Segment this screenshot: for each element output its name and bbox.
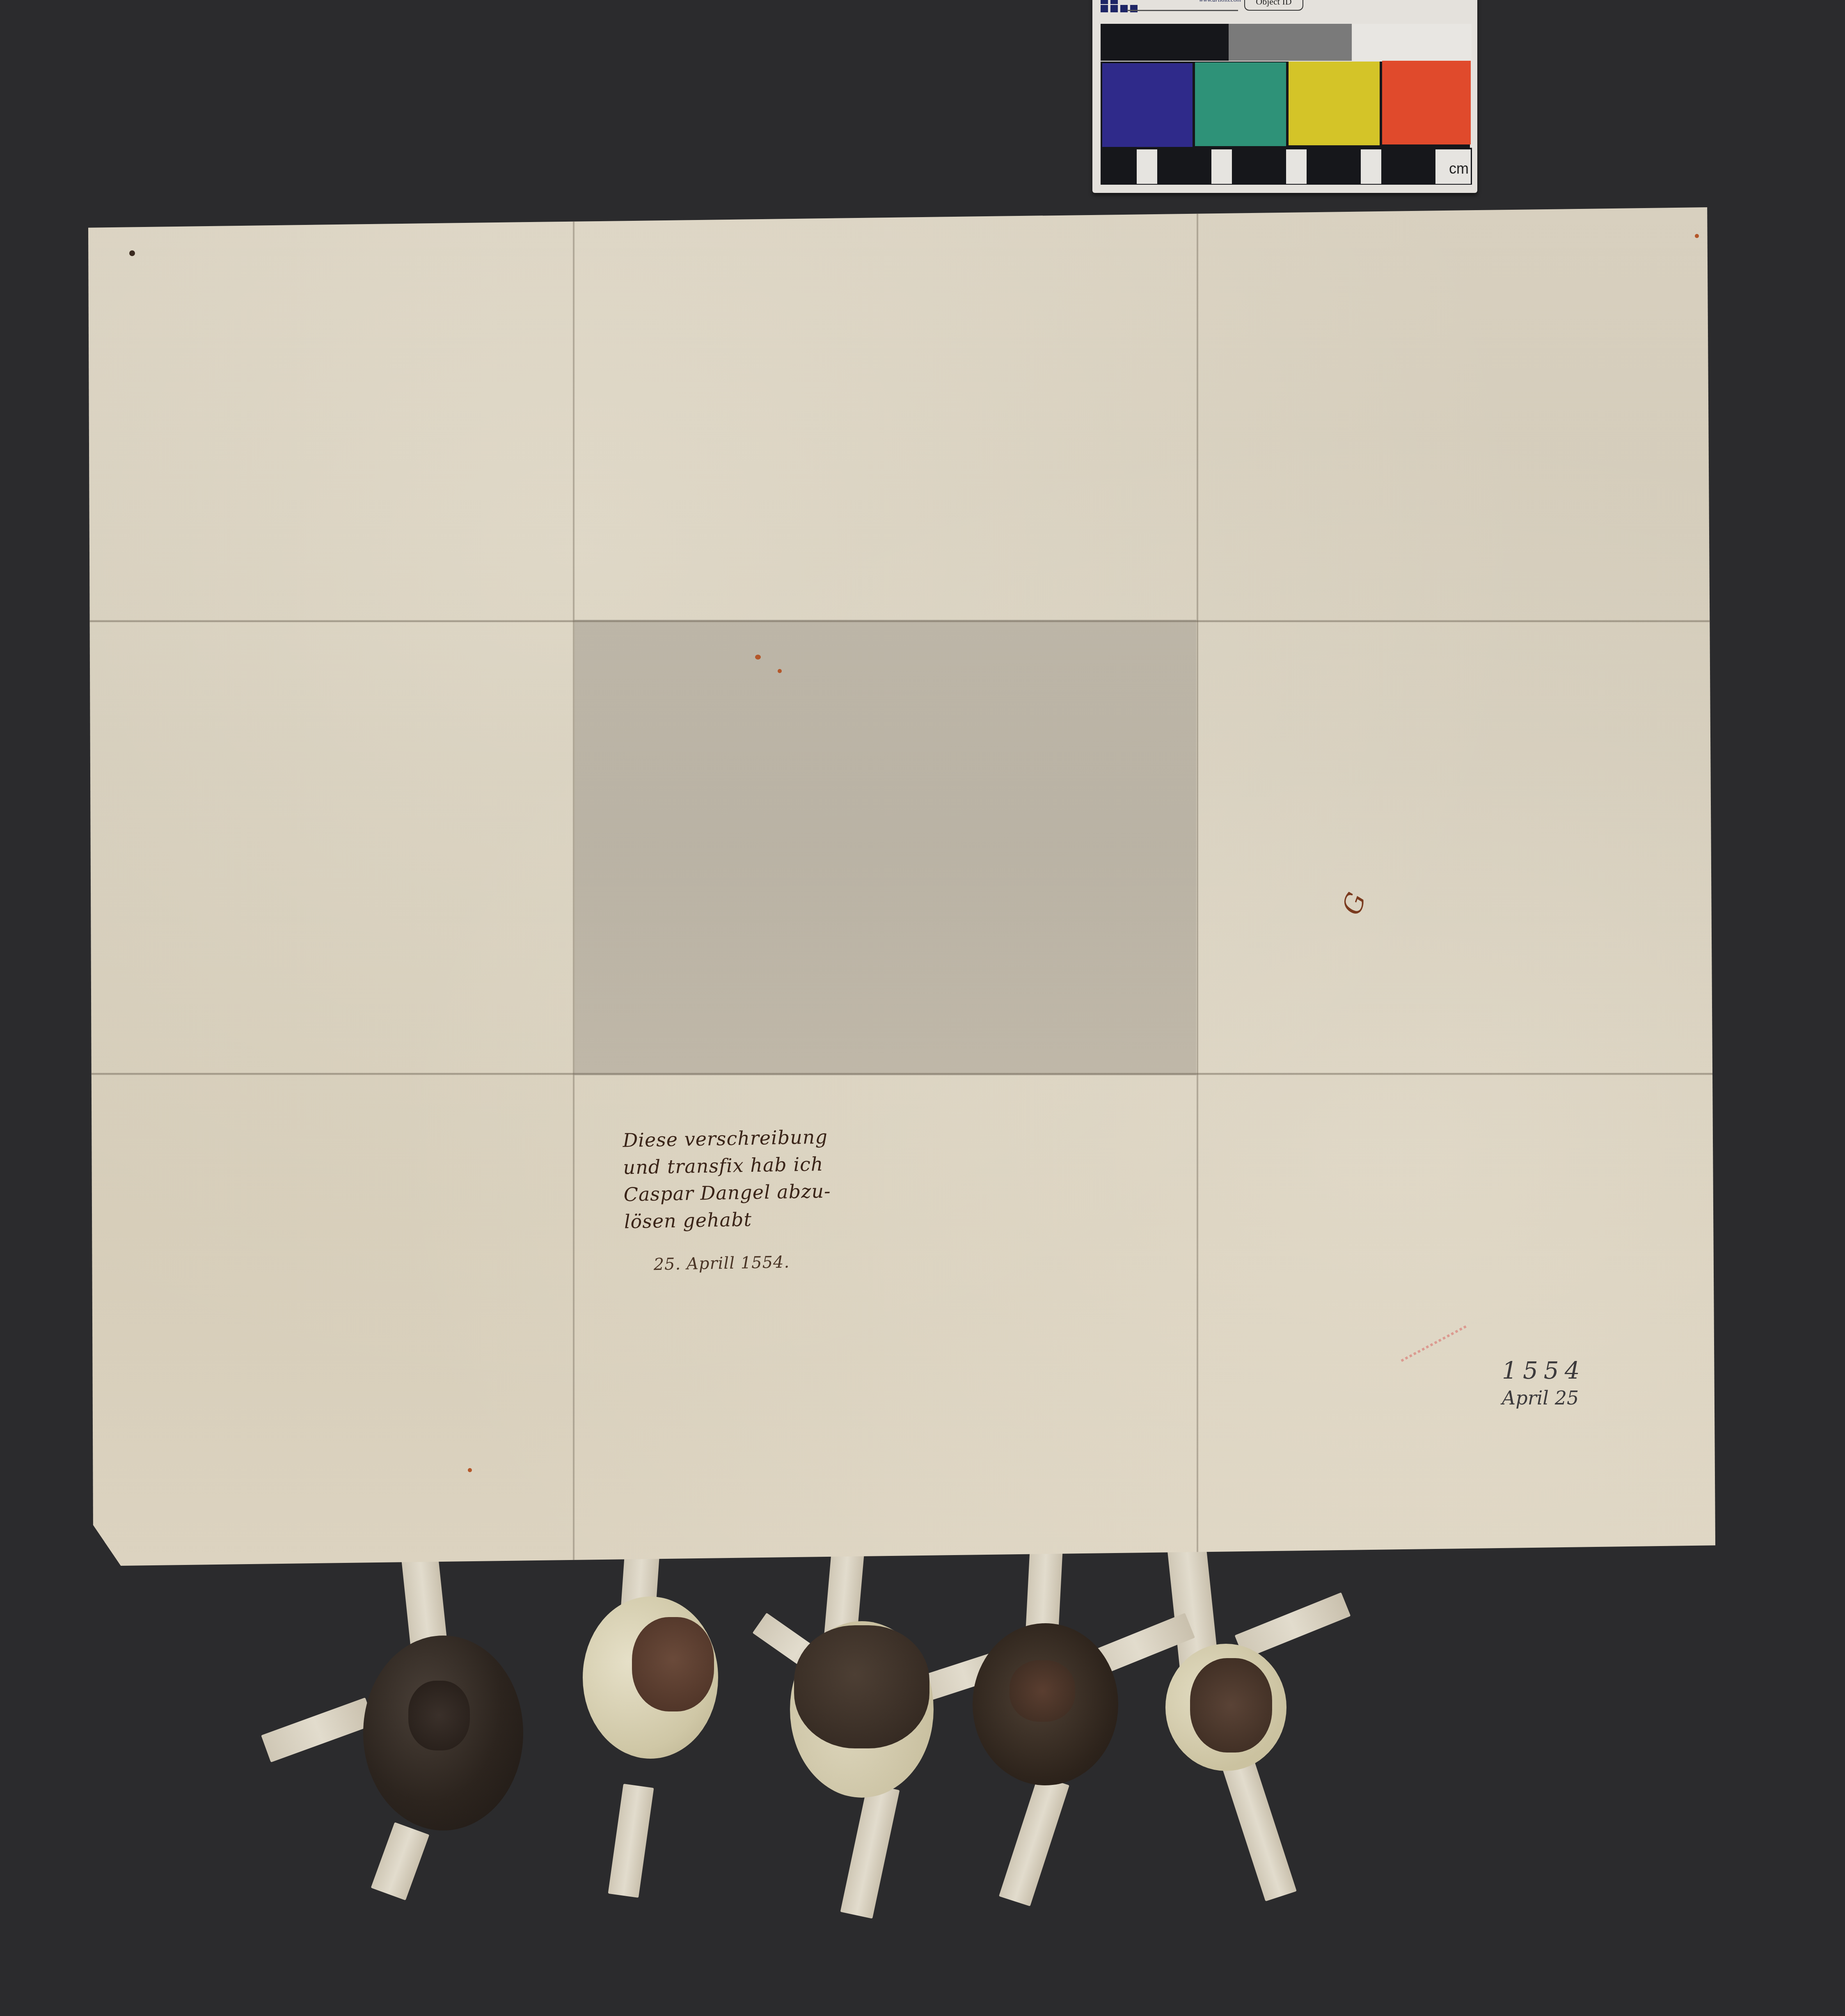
inscription-line: lösen gehabt [624, 1204, 879, 1235]
object-id-label: Object ID [1244, 0, 1303, 11]
patch-red [1382, 61, 1471, 144]
inscription-line: und transfix hab ich [623, 1150, 878, 1181]
color-calibration-card: www.artloss.com Object ID cm [1092, 0, 1477, 193]
stain [1695, 234, 1699, 238]
cm-label: cm [1449, 160, 1469, 177]
card-divider [1127, 10, 1238, 11]
seal-tag-end [371, 1822, 430, 1901]
archival-year: 1554 [1502, 1356, 1625, 1384]
archive-stamp: ▪▪▪▪▪▪▪▪▪▪▪▪▪▪▪▪ [1398, 1292, 1523, 1367]
inscription-date: 25. Aprill 1554. [625, 1247, 879, 1279]
wax-seal-1 [363, 1636, 523, 1830]
logo-square-icon [1120, 5, 1128, 12]
logo-square-icon [1101, 0, 1108, 4]
patch-green [1195, 62, 1286, 146]
wax-seal-4 [973, 1623, 1118, 1785]
wax-seal-5 [1165, 1644, 1286, 1771]
seal-tag-end [1235, 1592, 1351, 1659]
patch-gray [1229, 24, 1352, 61]
logo-square-icon [1130, 5, 1138, 12]
patch-blue [1102, 63, 1193, 147]
vertical-fold [1196, 207, 1199, 1566]
inscription-line: Diese verschreibung [623, 1123, 877, 1154]
logo-square-icon [1110, 5, 1118, 12]
horizontal-fold [88, 620, 1715, 623]
inscription-line: Caspar Dangel abzu- [623, 1177, 878, 1208]
patch-white [1353, 24, 1472, 61]
horizontal-fold [88, 1072, 1715, 1075]
wax-seal-3 [790, 1621, 934, 1798]
seal-tag-end [999, 1775, 1069, 1906]
logo-square-icon [1110, 0, 1118, 4]
archival-date-note: 1554 April 25 [1502, 1356, 1625, 1409]
logo-square-icon [1101, 5, 1108, 12]
cm-ruler: cm [1101, 148, 1472, 185]
seal-tag-end [840, 1783, 900, 1919]
patch-black [1101, 24, 1229, 61]
parchment-sheet: G Diese verschreibung und transfix hab i… [88, 207, 1715, 1566]
dorsal-inscription: Diese verschreibung und transfix hab ich… [623, 1123, 879, 1279]
stain [468, 1468, 472, 1472]
patch-yellow [1289, 62, 1380, 145]
seal-tag-end [261, 1698, 375, 1762]
wax-seal-2 [583, 1597, 718, 1759]
stain [778, 669, 782, 673]
vertical-fold [572, 207, 575, 1566]
shelf-mark: G [1337, 889, 1372, 919]
seal-tag-end [608, 1784, 654, 1898]
stain [129, 250, 135, 256]
archival-day: April 25 [1502, 1387, 1625, 1409]
center-panel-discoloration [575, 620, 1196, 1075]
stain [755, 655, 761, 660]
card-url: www.artloss.com [1199, 0, 1240, 4]
